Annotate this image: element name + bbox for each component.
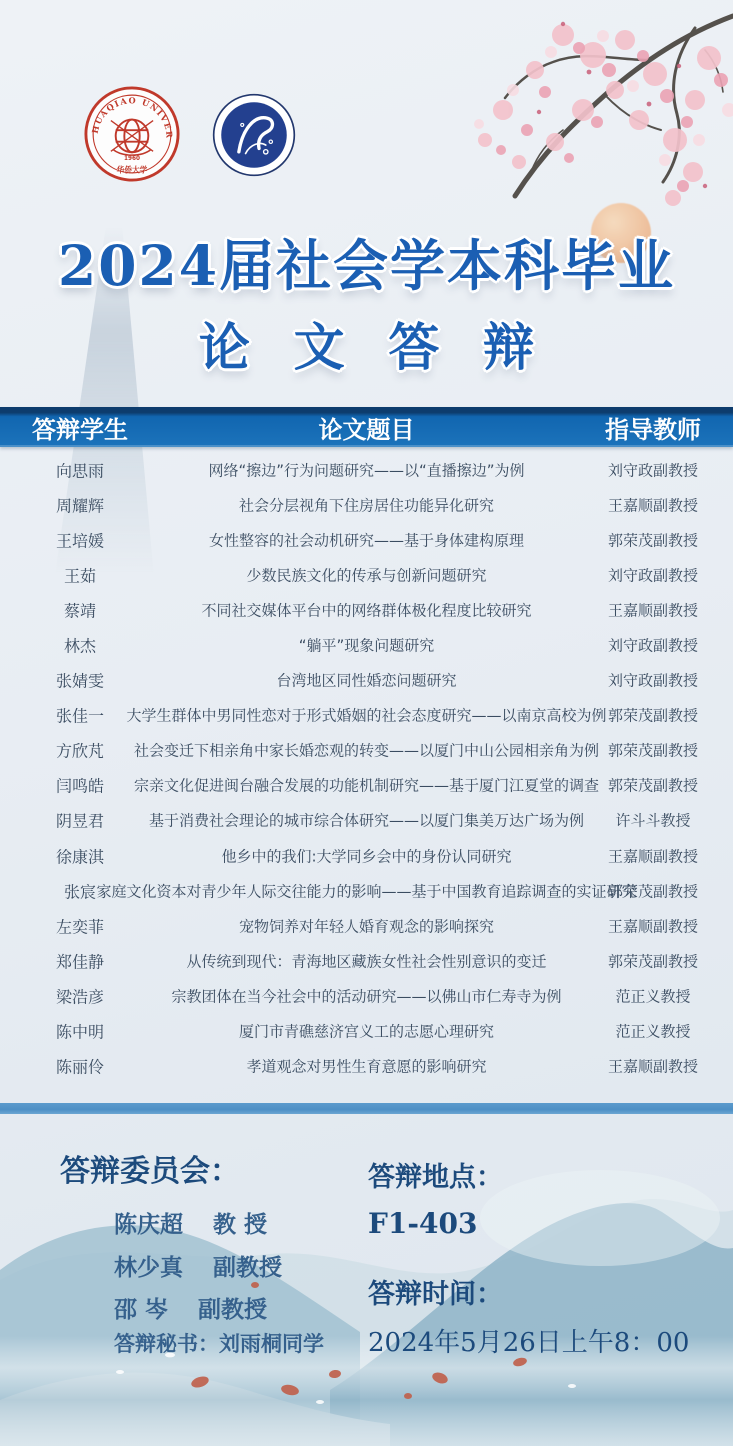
advisor-name: 刘守政副教授	[573, 635, 733, 656]
committee-heading: 答辩委员会：	[60, 1146, 240, 1190]
committee-member: 邵 岑 副教授	[114, 1291, 267, 1324]
member-name: 陈庆超	[114, 1206, 183, 1239]
student-name: 阴昱君	[0, 809, 160, 832]
table-row: 闫鸣皓宗亲文化促进闽台融合发展的功能机制研究——基于厦门江夏堂的调查郭荣茂副教授	[0, 768, 733, 803]
student-name: 王茹	[0, 563, 160, 586]
separator-bar	[0, 1103, 733, 1114]
thesis-title: 社会变迁下相亲角中家长婚恋观的转变——以厦门中山公园相亲角为例	[134, 740, 599, 761]
advisor-name: 刘守政副教授	[573, 459, 733, 480]
advisor-name: 范正义教授	[573, 985, 733, 1006]
time-label: 答辩时间：	[368, 1272, 503, 1311]
advisor-name: 郭荣茂副教授	[573, 950, 733, 971]
column-header-thesis-title: 论文题目	[160, 410, 573, 445]
student-name: 梁浩彦	[0, 984, 160, 1007]
advisor-name: 许斗斗教授	[573, 810, 733, 831]
thesis-title: 他乡中的我们:大学同乡会中的身份认同研究	[221, 845, 511, 866]
column-header-student: 答辩学生	[0, 410, 160, 445]
table-row: 郑佳静从传统到现代：青海地区藏族女性社会性别意识的变迁郭荣茂副教授	[0, 943, 733, 978]
svg-text:1960: 1960	[124, 156, 140, 162]
student-name: 郑佳静	[0, 949, 160, 972]
poster-title-line1: 2024届社会学本科毕业	[0, 222, 733, 301]
advisor-name: 郭荣茂副教授	[573, 740, 733, 761]
thesis-title: 女性整容的社会动机研究——基于身体建构原理	[209, 529, 524, 550]
table-row: 张佳一大学生群体中男同性恋对于形式婚姻的社会态度研究——以南京高校为例郭荣茂副教…	[0, 698, 733, 733]
advisor-name: 郭荣茂副教授	[573, 529, 733, 550]
table-row: 徐康淇他乡中的我们:大学同乡会中的身份认同研究王嘉顺副教授	[0, 838, 733, 873]
table-row: 向思雨网络“擦边”行为问题研究——以“直播擦边”为例刘守政副教授	[0, 452, 733, 487]
member-name: 邵 岑	[114, 1291, 168, 1324]
student-name: 陈丽伶	[0, 1055, 160, 1078]
student-name: 周耀辉	[0, 493, 160, 516]
table-row: 梁浩彦宗教团体在当今社会中的活动研究——以佛山市仁寿寺为例范正义教授	[0, 978, 733, 1013]
location-label: 答辩地点：	[368, 1155, 503, 1194]
advisor-name: 王嘉顺副教授	[573, 915, 733, 936]
advisor-name: 王嘉顺副教授	[573, 494, 733, 515]
committee-member: 陈庆超 教 授	[114, 1206, 267, 1239]
thesis-defense-poster: HUAQIAO UNIVERSITY 1960 华侨大学 2024届社会学本科毕…	[0, 0, 733, 1446]
student-name: 徐康淇	[0, 844, 160, 867]
thesis-title: 宗亲文化促进闽台融合发展的功能机制研究——基于厦门江夏堂的调查	[134, 775, 599, 796]
committee-member: 林少真 副教授	[114, 1249, 282, 1282]
advisor-name: 王嘉顺副教授	[573, 845, 733, 866]
column-header-advisor: 指导教师	[573, 410, 733, 445]
table-row: 林杰“躺平”现象问题研究刘守政副教授	[0, 627, 733, 662]
student-name: 林杰	[0, 634, 160, 657]
cherry-blossom-icon	[443, 0, 733, 235]
table-row: 陈中明厦门市青礁慈济宫义工的志愿心理研究范正义教授	[0, 1014, 733, 1049]
college-logo	[212, 93, 296, 177]
thesis-title: 社会分层视角下住房居住功能异化研究	[239, 494, 494, 515]
student-name: 张婧雯	[0, 669, 160, 692]
member-rank: 副教授	[198, 1291, 267, 1324]
table-row: 张宸家庭文化资本对青少年人际交往能力的影响——基于中国教育追踪调查的实证研究郭荣…	[0, 873, 733, 908]
table-row: 方欣芃社会变迁下相亲角中家长婚恋观的转变——以厦门中山公园相亲角为例郭荣茂副教授	[0, 733, 733, 768]
student-name: 王培媛	[0, 528, 160, 551]
thesis-title: 从传统到现代：青海地区藏族女性社会性别意识的变迁	[186, 950, 546, 971]
table-body: 向思雨网络“擦边”行为问题研究——以“直播擦边”为例刘守政副教授 周耀辉社会分层…	[0, 452, 733, 1084]
table-row: 周耀辉社会分层视角下住房居住功能异化研究王嘉顺副教授	[0, 487, 733, 522]
table-row: 陈丽伶孝道观念对男性生育意愿的影响研究王嘉顺副教授	[0, 1049, 733, 1084]
time-value: 2024年5月26日上午8：00	[368, 1322, 689, 1359]
thesis-title: 台湾地区同性婚恋问题研究	[276, 670, 456, 691]
advisor-name: 范正义教授	[573, 1021, 733, 1042]
thesis-title: 宠物饲养对年轻人婚育观念的影响探究	[239, 915, 494, 936]
table-row: 左奕菲宠物饲养对年轻人婚育观念的影响探究王嘉顺副教授	[0, 908, 733, 943]
svg-text:华侨大学: 华侨大学	[117, 164, 148, 174]
table-row: 阴昱君基于消费社会理论的城市综合体研究——以厦门集美万达广场为例许斗斗教授	[0, 803, 733, 838]
location-value: F1-403	[368, 1207, 477, 1240]
student-name: 向思雨	[0, 458, 160, 481]
table-header: 答辩学生 论文题目 指导教师	[0, 407, 733, 447]
table-row: 王培媛女性整容的社会动机研究——基于身体建构原理郭荣茂副教授	[0, 522, 733, 557]
advisor-name: 郭荣茂副教授	[573, 775, 733, 796]
advisor-name: 王嘉顺副教授	[573, 1056, 733, 1077]
advisor-name: 刘守政副教授	[573, 670, 733, 691]
advisor-name: 王嘉顺副教授	[573, 599, 733, 620]
student-name: 陈中明	[0, 1020, 160, 1043]
student-name: 蔡靖	[0, 598, 160, 621]
thesis-title: 孝道观念对男性生育意愿的影响研究	[246, 1056, 486, 1077]
thesis-title: 厦门市青礁慈济宫义工的志愿心理研究	[239, 1021, 494, 1042]
thesis-title: 基于消费社会理论的城市综合体研究——以厦门集美万达广场为例	[149, 810, 584, 831]
member-rank: 教 授	[213, 1206, 267, 1239]
poster-title-line2: 论 文 答 辩	[0, 306, 733, 380]
thesis-title: 网络“擦边”行为问题研究——以“直播擦边”为例	[208, 459, 524, 480]
table-row: 王茹少数民族文化的传承与创新问题研究刘守政副教授	[0, 557, 733, 592]
student-name: 左奕菲	[0, 914, 160, 937]
advisor-name: 郭荣茂副教授	[573, 705, 733, 726]
member-name: 林少真	[114, 1249, 183, 1282]
thesis-title: 大学生群体中男同性恋对于形式婚姻的社会态度研究——以南京高校为例	[126, 705, 606, 726]
advisor-name: 刘守政副教授	[573, 564, 733, 585]
thesis-title: 不同社交媒体平台中的网络群体极化程度比较研究	[201, 599, 531, 620]
defense-secretary: 答辩秘书：刘雨桐同学	[114, 1328, 324, 1358]
huaqiao-university-logo: HUAQIAO UNIVERSITY 1960 华侨大学	[84, 86, 180, 182]
table-row: 蔡靖不同社交媒体平台中的网络群体极化程度比较研究王嘉顺副教授	[0, 592, 733, 627]
thesis-title: 少数民族文化的传承与创新问题研究	[246, 564, 486, 585]
thesis-title: “躺平”现象问题研究	[299, 635, 435, 656]
member-rank: 副教授	[213, 1249, 282, 1282]
advisor-name: 郭荣茂副教授	[573, 880, 733, 901]
table-row: 张婧雯台湾地区同性婚恋问题研究刘守政副教授	[0, 663, 733, 698]
thesis-title: 家庭文化资本对青少年人际交往能力的影响——基于中国教育追踪调查的实证研究	[96, 880, 636, 901]
thesis-title: 宗教团体在当今社会中的活动研究——以佛山市仁寿寺为例	[171, 985, 561, 1006]
